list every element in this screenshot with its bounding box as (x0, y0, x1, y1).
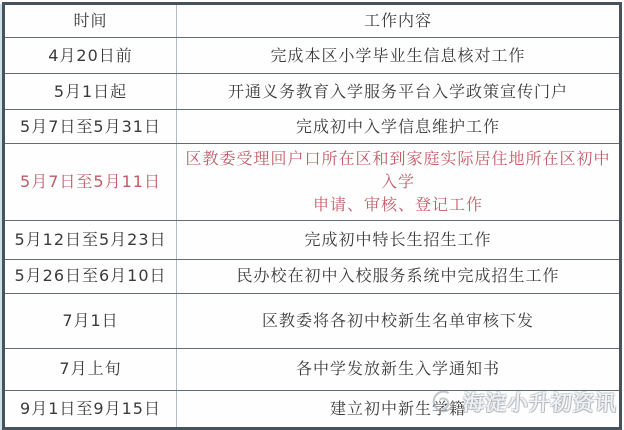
row-time: 7月上旬 (5, 349, 177, 390)
table-header-row: 时间 工作内容 (5, 5, 619, 37)
row-time: 5月12日至5月23日 (5, 221, 177, 259)
table-row: 9月1日至9月15日 建立初中新生学籍 (5, 390, 619, 427)
table-row: 5月1日起 开通义务教育入学服务平台入学政策宣传门户 (5, 73, 619, 109)
row-content: 完成本区小学毕业生信息核对工作 (177, 38, 619, 73)
row-time: 7月1日 (5, 294, 177, 348)
row-content: 建立初中新生学籍 (177, 391, 619, 427)
table-row: 7月上旬 各中学发放新生入学通知书 (5, 348, 619, 390)
row-time: 5月7日至5月11日 (5, 144, 177, 220)
row-time: 4月20日前 (5, 38, 177, 73)
table-row: 4月20日前 完成本区小学毕业生信息核对工作 (5, 37, 619, 73)
column-header-time: 时间 (5, 5, 177, 37)
schedule-table: 时间 工作内容 4月20日前 完成本区小学毕业生信息核对工作 5月1日起 开通义… (2, 2, 622, 430)
row-time: 5月7日至5月31日 (5, 110, 177, 143)
column-header-content: 工作内容 (177, 5, 619, 37)
row-content: 区教委受理回户口所在区和到家庭实际居住地所在区初中入学 申请、审核、登记工作 (177, 144, 619, 220)
row-content: 区教委将各初中校新生名单审核下发 (177, 294, 619, 348)
row-content: 各中学发放新生入学通知书 (177, 349, 619, 390)
row-time: 5月1日起 (5, 74, 177, 109)
table-row: 5月7日至5月11日 区教委受理回户口所在区和到家庭实际居住地所在区初中入学 申… (5, 143, 619, 220)
table-row: 7月1日 区教委将各初中校新生名单审核下发 (5, 293, 619, 348)
row-time: 9月1日至9月15日 (5, 391, 177, 427)
table-body: 4月20日前 完成本区小学毕业生信息核对工作 5月1日起 开通义务教育入学服务平… (5, 37, 619, 427)
row-content: 完成初中入学信息维护工作 (177, 110, 619, 143)
row-time: 5月26日至6月10日 (5, 260, 177, 293)
table-row: 5月7日至5月31日 完成初中入学信息维护工作 (5, 109, 619, 143)
row-content: 开通义务教育入学服务平台入学政策宣传门户 (177, 74, 619, 109)
row-content: 民办校在初中入校服务系统中完成招生工作 (177, 260, 619, 293)
row-content: 完成初中特长生招生工作 (177, 221, 619, 259)
table-row: 5月26日至6月10日 民办校在初中入校服务系统中完成招生工作 (5, 259, 619, 293)
table-row: 5月12日至5月23日 完成初中特长生招生工作 (5, 220, 619, 259)
